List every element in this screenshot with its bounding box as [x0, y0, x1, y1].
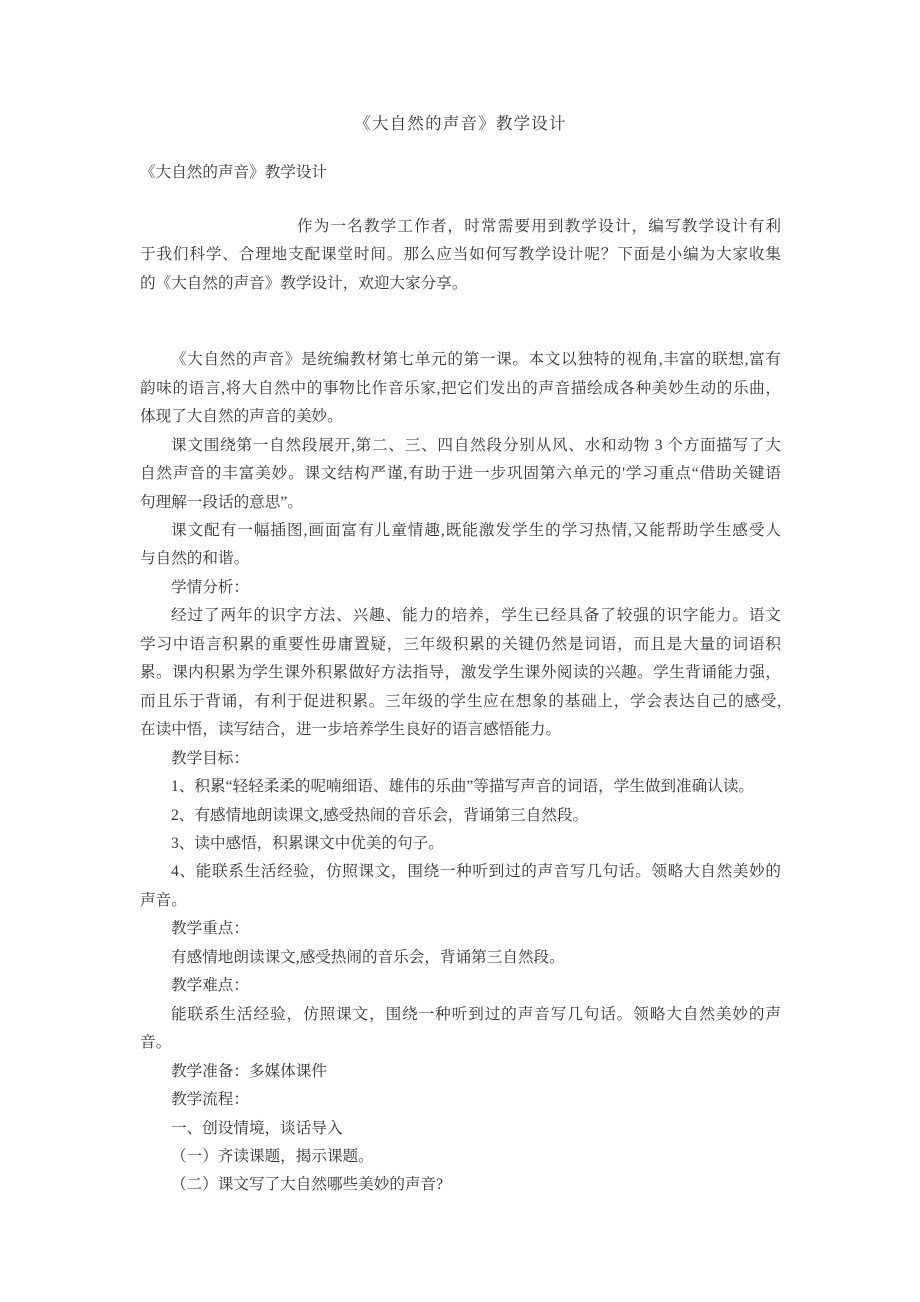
doc-line: 于我们科学、合理地支配课堂时间。那么应当如何写教学设计呢？下面是小编为大家收集 [140, 241, 781, 269]
doc-paragraph: 课文配有一幅插图,画面富有儿童情趣,既能激发学生的学习热情,又能帮助学生感受人与… [140, 517, 781, 574]
doc-line: 3、读中感悟，积累课文中优美的句子。 [140, 830, 781, 858]
doc-line: 4、能联系生活经验，仿照课文，围绕一种听到过的声音写几句话。领略大自然美妙的 [140, 858, 781, 886]
doc-paragraph: 《大自然的声音》是统编教材第七单元的第一课。本文以独特的视角,丰富的联想,富有韵… [140, 346, 781, 431]
doc-line: 累。课内积累为学生课外积累做好方法指导，激发学生课外阅读的兴趣。学生背诵能力强， [140, 659, 781, 687]
doc-line: 《大自然的声音》教学设计 [140, 159, 781, 187]
doc-paragraph: 一、创设情境，谈话导入 [140, 1115, 781, 1143]
doc-paragraph: 教学难点： [140, 972, 781, 1000]
page-title: 《大自然的声音》教学设计 [140, 110, 781, 138]
doc-paragraph: 经过了两年的识字方法、兴趣、能力的培养，学生已经具备了较强的识字能力。语文学习中… [140, 602, 781, 744]
doc-line: 在读中悟，读写结合，进一步培养学生良好的语言感悟能力。 [140, 716, 781, 744]
doc-line: 教学准备：多媒体课件 [140, 1058, 781, 1086]
doc-line: 1、积累“轻轻柔柔的呢喃细语、雄伟的乐曲”等描写声音的词语，学生做到准确认读。 [140, 773, 781, 801]
doc-line: 教学难点： [140, 972, 781, 1000]
doc-paragraph: 4、能联系生活经验，仿照课文，围绕一种听到过的声音写几句话。领略大自然美妙的声音… [140, 858, 781, 915]
doc-line: 学情分析： [140, 574, 781, 602]
doc-line: 有感情地朗读课文,感受热闹的音乐会，背诵第三自然段。 [140, 944, 781, 972]
doc-line: （一）齐读课题，揭示课题。 [140, 1143, 781, 1171]
doc-paragraph: 教学准备：多媒体课件 [140, 1058, 781, 1086]
doc-line: 课文配有一幅插图,画面富有儿童情趣,既能激发学生的学习热情,又能帮助学生感受人 [140, 517, 781, 545]
doc-paragraph: 作为一名教学工作者，时常需要用到教学设计，编写教学设计有利于我们科学、合理地支配… [140, 213, 781, 298]
doc-paragraph: （二）课文写了大自然哪些美妙的声音? [140, 1171, 781, 1199]
doc-line: 学习中语言积累的重要性毋庸置疑，三年级积累的关键仍然是词语，而且是大量的词语积 [140, 631, 781, 659]
doc-paragraph: 2、有感情地朗读课文,感受热闹的音乐会，背诵第三自然段。 [140, 802, 781, 830]
doc-paragraph: （一）齐读课题，揭示课题。 [140, 1143, 781, 1171]
document-page: 《大自然的声音》教学设计 《大自然的声音》教学设计作为一名教学工作者，时常需要用… [0, 0, 920, 1302]
doc-line: 的《大自然的声音》教学设计，欢迎大家分享。 [140, 270, 781, 298]
doc-paragraph: 教学流程： [140, 1086, 781, 1114]
doc-paragraph: 教学目标： [140, 745, 781, 773]
doc-line: 体现了大自然的声音的美妙。 [140, 403, 781, 431]
doc-paragraph: 1、积累“轻轻柔柔的呢喃细语、雄伟的乐曲”等描写声音的词语，学生做到准确认读。 [140, 773, 781, 801]
doc-line: 音。 [140, 1029, 781, 1057]
doc-line: （二）课文写了大自然哪些美妙的声音? [140, 1171, 781, 1199]
doc-line: 教学重点： [140, 915, 781, 943]
doc-line: 《大自然的声音》是统编教材第七单元的第一课。本文以独特的视角,丰富的联想,富有 [140, 346, 781, 374]
doc-line: 韵味的语言,将大自然中的事物比作音乐家,把它们发出的声音描绘成各种美妙生动的乐曲… [140, 375, 781, 403]
doc-paragraph: 有感情地朗读课文,感受热闹的音乐会，背诵第三自然段。 [140, 944, 781, 972]
doc-paragraph: 教学重点： [140, 915, 781, 943]
doc-line: 教学流程： [140, 1086, 781, 1114]
doc-line: 课文围绕第一自然段展开,第二、三、四自然段分别从风、水和动物 3 个方面描写了大 [140, 432, 781, 460]
doc-line: 与自然的和谐。 [140, 545, 781, 573]
doc-paragraph: 3、读中感悟，积累课文中优美的句子。 [140, 830, 781, 858]
doc-paragraph: 能联系生活经验，仿照课文，围绕一种听到过的声音写几句话。领略大自然美妙的声音。 [140, 1001, 781, 1058]
doc-line: 2、有感情地朗读课文,感受热闹的音乐会，背诵第三自然段。 [140, 802, 781, 830]
doc-line: 一、创设情境，谈话导入 [140, 1115, 781, 1143]
doc-line: 而且乐于背诵，有利于促进积累。三年级的学生应在想象的基础上，学会表达自己的感受, [140, 688, 781, 716]
doc-paragraph: 学情分析： [140, 574, 781, 602]
doc-line: 教学目标： [140, 745, 781, 773]
doc-paragraph: 课文围绕第一自然段展开,第二、三、四自然段分别从风、水和动物 3 个方面描写了大… [140, 432, 781, 517]
doc-heading: 《大自然的声音》教学设计 [140, 159, 781, 187]
doc-line: 作为一名教学工作者，时常需要用到教学设计，编写教学设计有利 [140, 213, 781, 241]
doc-line: 声音。 [140, 887, 781, 915]
doc-line: 句理解一段话的意思”。 [140, 489, 781, 517]
doc-body: 《大自然的声音》教学设计作为一名教学工作者，时常需要用到教学设计，编写教学设计有… [140, 159, 781, 1199]
document-content: 《大自然的声音》教学设计 《大自然的声音》教学设计作为一名教学工作者，时常需要用… [140, 110, 781, 1200]
doc-line: 经过了两年的识字方法、兴趣、能力的培养，学生已经具备了较强的识字能力。语文 [140, 602, 781, 630]
doc-line: 自然声音的丰富美妙。课文结构严谨,有助于进一步巩固第六单元的'学习重点“借助关键… [140, 460, 781, 488]
doc-line: 能联系生活经验，仿照课文，围绕一种听到过的声音写几句话。领略大自然美妙的声 [140, 1001, 781, 1029]
